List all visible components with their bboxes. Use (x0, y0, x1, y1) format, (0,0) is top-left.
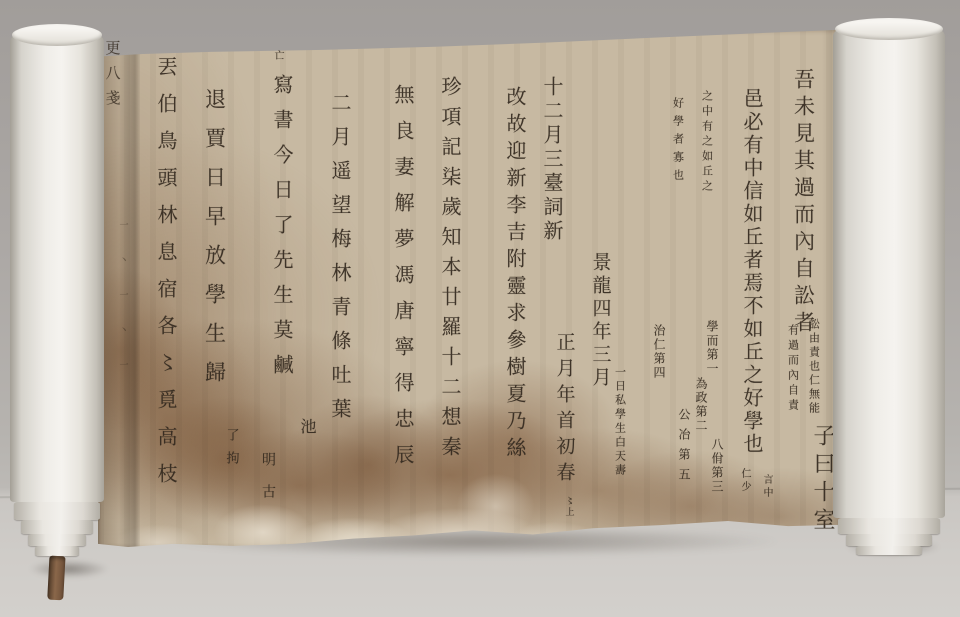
ragged-bottom-edge (98, 28, 848, 548)
scroll-paper (98, 28, 848, 548)
right-roller-top-cap (835, 18, 943, 40)
right-roller-body (833, 20, 945, 518)
paper-fold-shadow (98, 28, 140, 548)
photo-backdrop: 吾未見其過而內自訟者訟由責也仁無能有過而內自責子曰十室邑必有中信如丘者焉不如丘之… (0, 0, 960, 617)
left-roller-top-cap (12, 24, 102, 46)
right-roller (833, 20, 945, 518)
right-roller-step (838, 518, 940, 534)
right-roller-step (856, 546, 922, 555)
left-roller-shadow (14, 556, 124, 582)
left-roller-step (21, 520, 93, 534)
left-roller-step (35, 546, 79, 556)
left-roller-body (10, 26, 104, 502)
left-roller-step (14, 502, 100, 520)
right-roller-step (846, 534, 932, 546)
left-roller (10, 26, 104, 502)
left-roller-step (28, 534, 86, 546)
left-roller-pin (47, 556, 65, 601)
